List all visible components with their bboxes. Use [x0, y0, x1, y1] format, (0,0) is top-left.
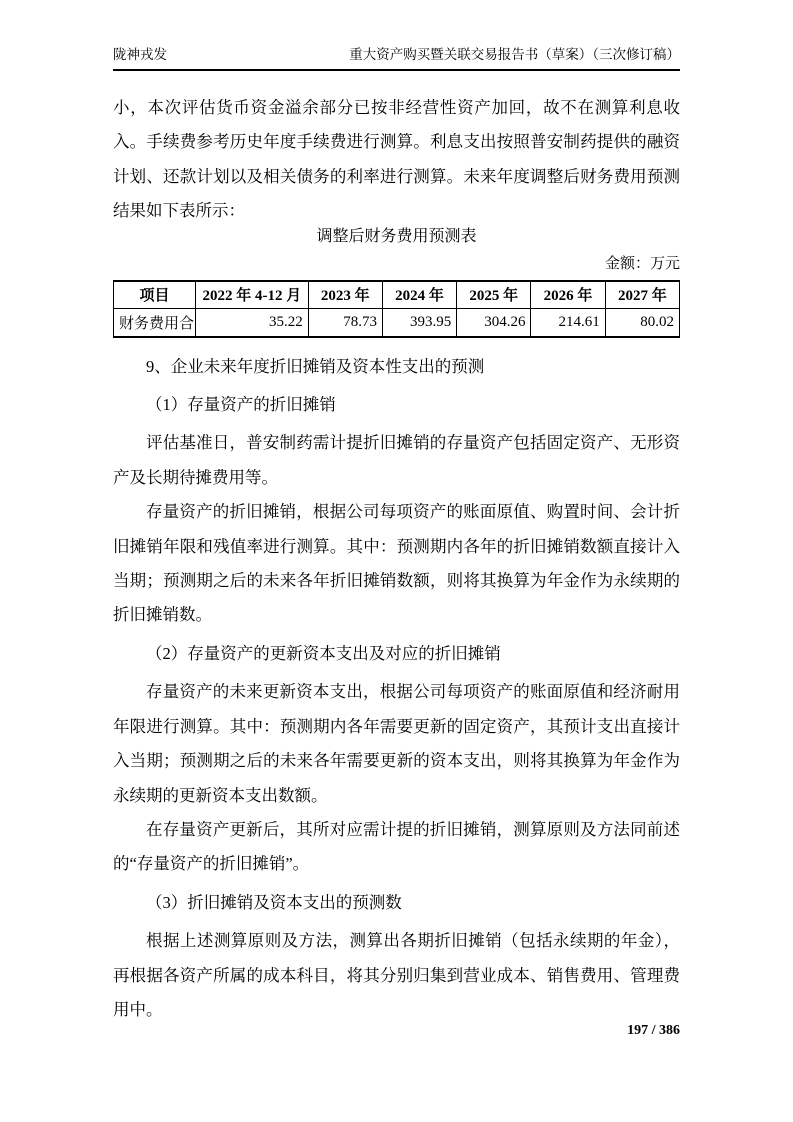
table-header-cell: 2026 年	[531, 281, 605, 309]
table-row: 财务费用合计 35.22 78.73 393.95 304.26 214.61 …	[114, 309, 680, 337]
body-paragraph: 评估基准日，普安制药需计提折旧摊销的存量资产包括固定资产、无形资产及长期待摊费用…	[113, 426, 680, 495]
body-paragraph: 根据上述测算原则及方法，测算出各期折旧摊销（包括永续期的年金），再根据各资产所属…	[113, 924, 680, 1027]
page-body: 小，本次评估货币资金溢余部分已按非经营性资产加回，故不在测算利息收入。手续费参考…	[113, 91, 680, 1027]
header-company-name: 陇神戎发	[113, 46, 167, 64]
table-value-cell: 80.02	[605, 309, 679, 337]
page-header: 陇神戎发 重大资产购买暨关联交易报告书（草案）（三次修订稿）	[113, 46, 680, 71]
subsection-heading-1: （1）存量资产的折旧摊销	[113, 388, 680, 422]
table-header-cell: 2022 年 4-12 月	[196, 281, 309, 309]
table-value-cell: 35.22	[196, 309, 309, 337]
table-header-cell: 2023 年	[308, 281, 382, 309]
header-report-title: 重大资产购买暨关联交易报告书（草案）（三次修订稿）	[349, 46, 680, 64]
table-header-cell: 2027 年	[605, 281, 679, 309]
table-value-cell: 214.61	[531, 309, 605, 337]
finance-forecast-table: 项目 2022 年 4-12 月 2023 年 2024 年 2025 年 20…	[113, 280, 680, 338]
table-header-cell: 2024 年	[382, 281, 456, 309]
table-header-cell: 项目	[114, 281, 196, 309]
document-page: 陇神戎发 重大资产购买暨关联交易报告书（草案）（三次修订稿） 小，本次评估货币资…	[0, 0, 793, 1122]
page-number: 197 / 386	[627, 1022, 680, 1040]
body-paragraph: 存量资产的折旧摊销，根据公司每项资产的账面原值、购置时间、会计折旧摊销年限和残值…	[113, 495, 680, 633]
section-heading-9: 9、企业未来年度折旧摊销及资本性支出的预测	[113, 350, 680, 384]
table-row-label: 财务费用合计	[114, 309, 196, 337]
intro-paragraph: 小，本次评估货币资金溢余部分已按非经营性资产加回，故不在测算利息收入。手续费参考…	[113, 91, 680, 229]
table-value-cell: 304.26	[457, 309, 531, 337]
table-header-row: 项目 2022 年 4-12 月 2023 年 2024 年 2025 年 20…	[114, 281, 680, 309]
body-paragraph: 存量资产的未来更新资本支出，根据公司每项资产的账面原值和经济耐用年限进行测算。其…	[113, 675, 680, 813]
table-unit-label: 金额：万元	[113, 252, 680, 277]
table-value-cell: 393.95	[382, 309, 456, 337]
table-header-cell: 2025 年	[457, 281, 531, 309]
table-value-cell: 78.73	[308, 309, 382, 337]
subsection-heading-2: （2）存量资产的更新资本支出及对应的折旧摊销	[113, 637, 680, 671]
body-paragraph: 在存量资产更新后，其所对应需计提的折旧摊销，测算原则及方法同前述的“存量资产的折…	[113, 813, 680, 882]
subsection-heading-3: （3）折旧摊销及资本支出的预测数	[113, 886, 680, 920]
